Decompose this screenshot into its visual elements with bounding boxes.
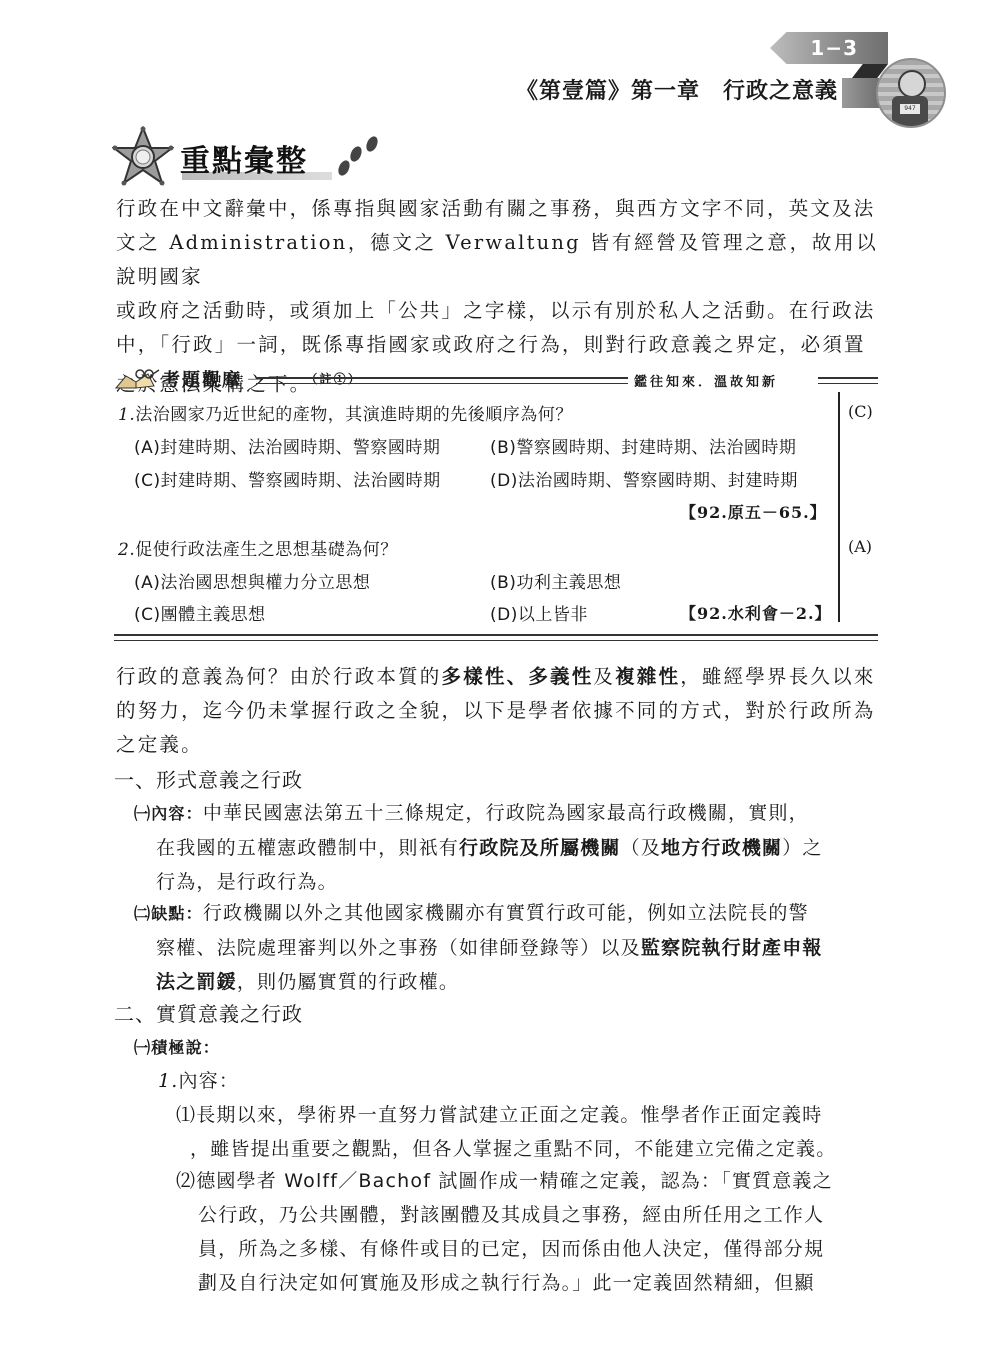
section-title: 重點彙整	[180, 136, 308, 180]
sheriff-star-icon	[112, 126, 174, 186]
intro-line: 行政在中文辭彙中，係專指與國家活動有關之事務，與西方文字不同，英文及法	[116, 192, 878, 226]
answer-column-divider	[838, 392, 840, 622]
page-number: 1−3	[810, 36, 858, 60]
question-1: 1.法治國家乃近世紀的產物，其演進時期的先後順序為何？	[118, 400, 573, 425]
body-line: 行政的意義為何？由於行政本質的多樣性、多義性及複雜性，雖經學界長久以來	[116, 660, 878, 694]
q1-option-c: (C)封建時期、警察國時期、法治國時期	[134, 466, 441, 491]
outline-item-content: ㈠內容：中華民國憲法第五十三條規定，行政院為國家最高行政機關，實則， 在我國的五…	[134, 796, 874, 899]
divider	[818, 377, 878, 384]
avatar-plate: 947	[900, 104, 920, 114]
q1-option-b: (B)警察國時期、封建時期、法治國時期	[490, 433, 796, 458]
emphasis: 複雜性	[615, 665, 680, 688]
chapter-title: 《第壹篇》第一章 行政之意義	[516, 74, 838, 105]
emphasis: 多樣性、多義性	[442, 665, 594, 688]
intro-line: 或政府之活動時，或須加上「公共」之字樣，以示有別於私人之活動。在行政法	[116, 294, 878, 328]
q2-option-c: (C)團體主義思想	[134, 600, 266, 625]
intro-line: 文之 Administration，德文之 Verwaltung 皆有經營及管理…	[116, 226, 878, 294]
outline-sub-positive: ㈠積極說：	[134, 1030, 874, 1065]
q1-source: 【92.原五－65.】	[680, 500, 827, 523]
exam-header: 考題觀摩 鑑往知來．溫故知新	[114, 368, 878, 390]
q1-option-a: (A)封建時期、法治國時期、警察國時期	[134, 433, 440, 458]
q1-answer: (C)	[848, 402, 873, 421]
q2-option-a: (A)法治國思想與權力分立思想	[134, 568, 370, 593]
outline-heading-2: 二、實質意義之行政	[114, 998, 303, 1027]
exam-title: 考題觀摩	[162, 366, 242, 392]
question-2: 2.促使行政法產生之思想基礎為何？	[118, 535, 398, 560]
q2-option-d: (D)以上皆非	[490, 600, 588, 625]
section-heading: 重點彙整	[112, 126, 392, 186]
body-line: 之定義。	[116, 728, 878, 762]
q2-source: 【92.水利會－2.】	[680, 601, 832, 624]
prisoner-avatar-icon: 947	[876, 58, 946, 128]
body-line: 的努力，迄今仍未掌握行政之全貌，以下是學者依據不同的方式，對於行政所為	[116, 694, 878, 728]
subpoint-1: ⑴長期以來，學術界一直努力嘗試建立正面之定義。惟學者作正面定義時 ，雖皆提出重要…	[176, 1098, 886, 1166]
book-glasses-icon	[114, 368, 160, 390]
item-label: ㈡缺點：	[134, 904, 203, 923]
footprints-icon	[334, 134, 382, 178]
subpoint-2: ⑵德國學者 Wolff／Bachof 試圖作成一精確之定義，認為：「實質意義之 …	[176, 1164, 886, 1300]
intro-line: 中，「行政」一詞，既係專指國家或政府之行為，則對行政意義之界定，必須置	[116, 328, 878, 362]
item-label: ㈠內容：	[134, 804, 203, 823]
outline-point-1: 1.內容：	[158, 1064, 898, 1098]
exam-bottom-divider	[114, 634, 878, 641]
q1-option-d: (D)法治國時期、警察國時期、封建時期	[490, 466, 798, 491]
body-paragraph: 行政的意義為何？由於行政本質的多樣性、多義性及複雜性，雖經學界長久以來 的努力，…	[116, 660, 878, 762]
outline-item-drawback: ㈡缺點：行政機關以外之其他國家機關亦有實質行政可能，例如立法院長的警 察權、法院…	[134, 896, 874, 999]
outline-heading-1: 一、形式意義之行政	[114, 764, 303, 793]
q2-option-b: (B)功利主義思想	[490, 568, 621, 593]
page-number-tab: 1−3	[770, 32, 888, 64]
q2-answer: (A)	[848, 537, 872, 556]
divider	[256, 377, 628, 384]
exam-motto: 鑑往知來．溫故知新	[634, 371, 778, 390]
